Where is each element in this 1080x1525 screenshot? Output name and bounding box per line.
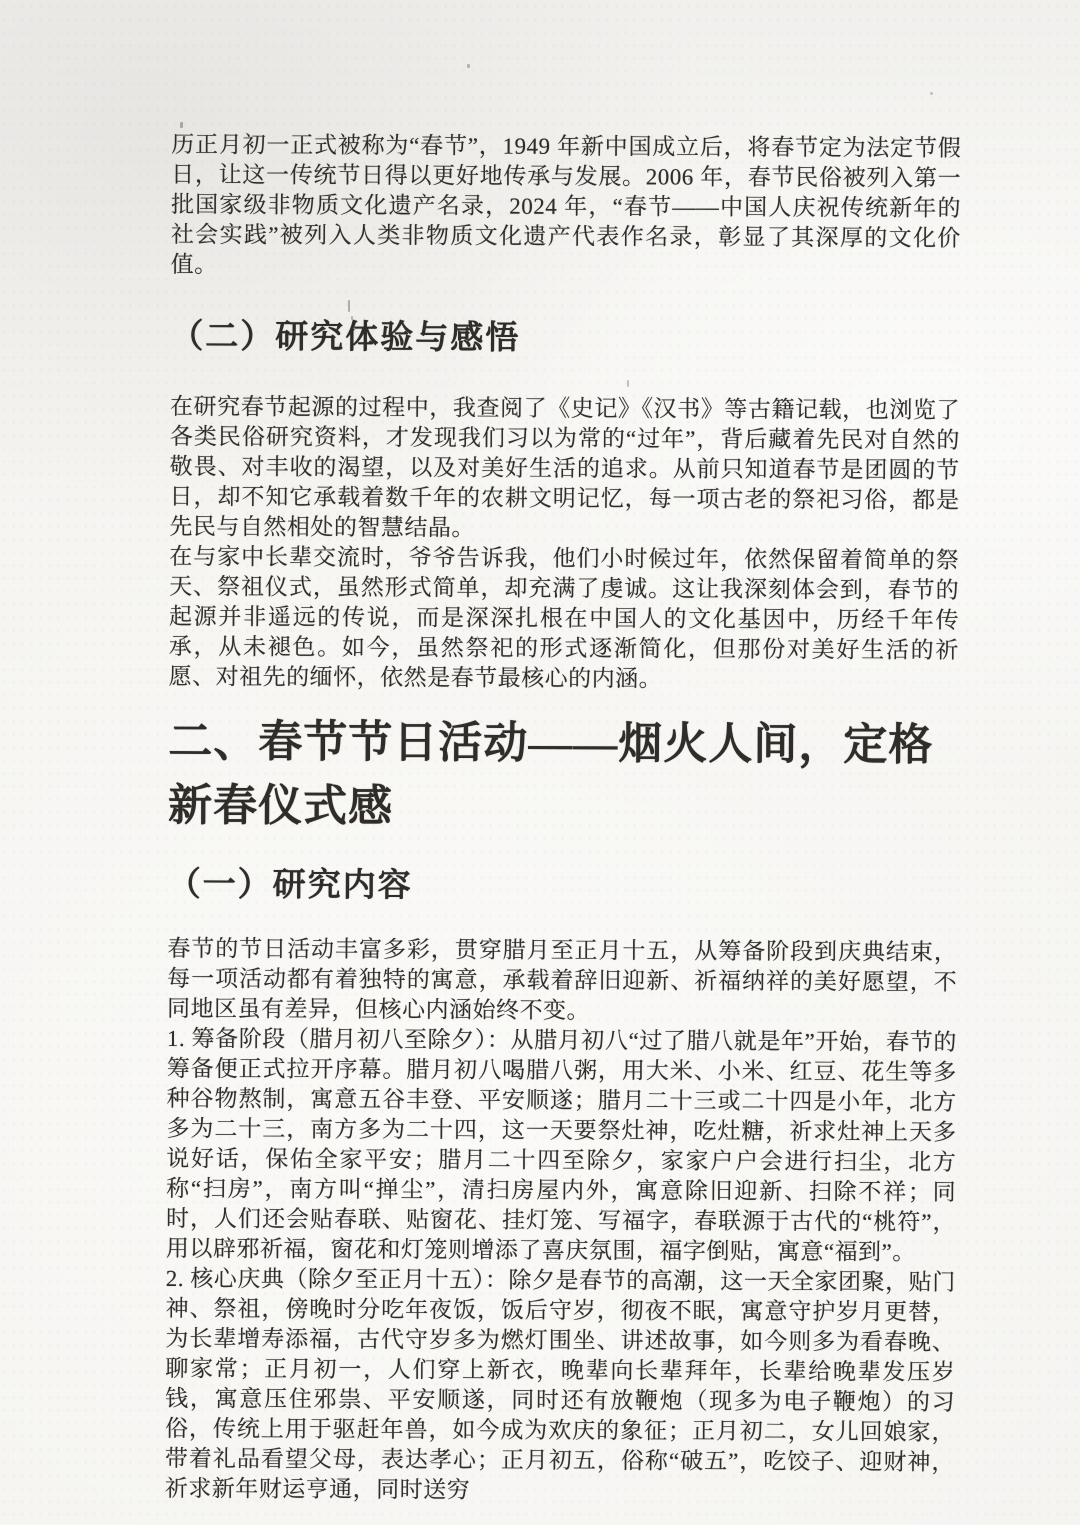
scan-artifact xyxy=(348,300,350,312)
paragraph-research-process: 在研究春节起源的过程中，我查阅了《史记》《汉书》等古籍记载，也浏览了各类民俗研究… xyxy=(169,392,960,546)
scan-artifact xyxy=(351,316,353,320)
scanned-page: 历正月初一正式被称为“春节”，1949 年新中国成立后，将春节定为法定节假日，让… xyxy=(0,0,1080,1525)
paragraph-grandfather-story: 在与家中长辈交流时，爷爷告诉我，他们小时候过年，依然保留着简单的祭天、祭祖仪式，… xyxy=(169,542,960,696)
scan-artifact xyxy=(930,92,933,95)
scan-artifact xyxy=(688,178,691,181)
section-heading-research-content: （一）研究内容 xyxy=(168,864,958,910)
paragraph-festival-history-continuation: 历正月初一正式被称为“春节”，1949 年新中国成立后，将春节定为法定节假日，让… xyxy=(171,130,962,284)
paragraph-activities-overview: 春节的节日活动丰富多彩，贯穿腊月至正月十五，从筹备阶段到庆典结束，每一项活动都有… xyxy=(167,934,957,1028)
scan-artifact xyxy=(467,64,470,68)
paragraph-item-2-core-celebration: 2. 核心庆典（除夕至正月十五）：除夕是春节的高潮，这一天全家团聚，贴门神、祭祖… xyxy=(165,1264,956,1508)
scan-artifact xyxy=(627,380,629,387)
document-content: 历正月初一正式被称为“春节”，1949 年新中国成立后，将春节定为法定节假日，让… xyxy=(165,0,962,1508)
section-heading-research-reflection: （二）研究体验与感悟 xyxy=(170,316,960,362)
paragraph-item-1-preparation-stage: 1. 筹备阶段（腊月初八至除夕）：从腊月初八“过了腊八就是年”开始，春节的筹备便… xyxy=(166,1024,957,1268)
chapter-heading-festival-activities: 二、春节节日活动——烟火人间，定格新春仪式感 xyxy=(168,710,959,842)
scan-artifact xyxy=(180,122,183,128)
